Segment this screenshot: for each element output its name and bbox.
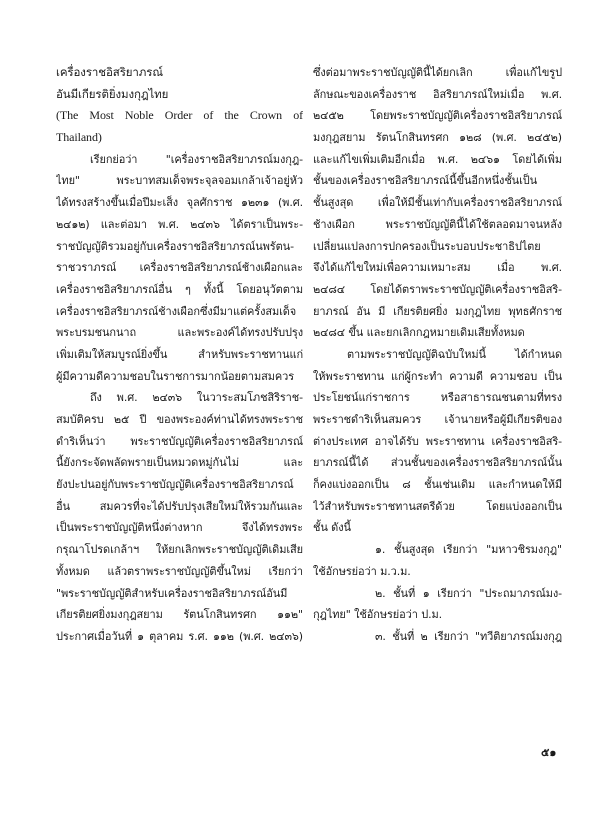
document-page: เครื่องราชอิสริยาภรณ์ อันมีเกียรติยิ่งมง…: [0, 0, 600, 832]
english-title-line-1: (The Most Noble Order of the Crown of: [56, 105, 303, 127]
right-column: ซึ่งต่อมาพระราชบัญญัตินี้ได้ยกเลิก เพื่อ…: [313, 62, 562, 648]
paragraph-line: ช้างเผือก พระราชบัญญัตินี้ได้ใช้ตลอดมาจน…: [313, 214, 562, 236]
paragraph-line: พระบรมชนกนาถ และพระองค์ได้ทรงปรับปรุง: [56, 322, 303, 344]
paragraph-line: ไว้สำหรับพระราชทานสตรีด้วย โดยแบ่งออกเป็…: [313, 496, 562, 518]
list-item-2-line-1: ๒. ชั้นที่ ๑ เรียกว่า "ประถมาภรณ์มง-: [313, 583, 562, 605]
paragraph-line: ยังปะปนอยู่กับพระราชบัญญัติเครื่องราชอิส…: [56, 474, 303, 496]
paragraph-line: ก็คงแบ่งออกเป็น ๘ ชั้นเช่นเดิม และกำหนดใ…: [313, 474, 562, 496]
paragraph-line: ผู้มีความดีความชอบในราชการมากน้อยตามสมคว…: [56, 366, 303, 388]
left-column: เครื่องราชอิสริยาภรณ์ อันมีเกียรติยิ่งมง…: [56, 62, 303, 648]
paragraph-line: ไทย" พระบาทสมเด็จพระจุลจอมเกล้าเจ้าอยู่ห…: [56, 170, 303, 192]
page-number: ๕๑: [541, 743, 556, 761]
paragraph-line: มงกุฎสยาม รัตนโกสินทรศก ๑๒๘ (พ.ศ. ๒๔๕๒): [313, 127, 562, 149]
paragraph-line: ๒๔๑๒) และต่อมา พ.ศ. ๒๔๓๖ ได้ตราเป็นพระ-: [56, 214, 303, 236]
english-title-line-2: Thailand): [56, 127, 303, 149]
paragraph-line: ต่างประเทศ อาจได้รับ พระราชทาน เครื่องรา…: [313, 431, 562, 453]
paragraph-line: ให้พระราชทาน แก่ผู้กระทำ ความดี ความชอบ …: [313, 366, 562, 388]
paragraph-line: ราชบัญญัติรวมอยู่กับเครื่องราชอิสริยาภรณ…: [56, 236, 303, 258]
paragraph-line: อื่น สมควรที่จะได้ปรับปรุงเสียใหม่ให้รวม…: [56, 496, 303, 518]
paragraph-line: เครื่องราชอิสริยาภรณ์อื่น ๆ ทั้งนี้ โดยอ…: [56, 279, 303, 301]
paragraph-line: จึงได้แก้ไขใหม่เพื่อความเหมาะสม เมื่อ พ.…: [313, 257, 562, 279]
paragraph-line: ดำริเห็นว่า พระราชบัญญัติเครื่องราชอิสริ…: [56, 431, 303, 453]
paragraph-line: เกียรติยศยิ่งมงกุฎสยาม รัตนโกสินทรศก ๑๑๒…: [56, 604, 303, 626]
paragraph-line: เป็นพระราชบัญญัติหนึ่งต่างหาก จึงได้ทรงพ…: [56, 517, 303, 539]
paragraph-line: นี้ยังกระจัดพลัดพรายเป็นหมวดหมู่กันไม่ แ…: [56, 452, 303, 474]
paragraph-line: ชั้นสูงสุด เพื่อให้มีชั้นเท่ากับเครื่องร…: [313, 192, 562, 214]
paragraph-line: กรุณาโปรดเกล้าฯ ให้ยกเลิกพระราชบัญญัติเด…: [56, 539, 303, 561]
heading-line-1: เครื่องราชอิสริยาภรณ์: [56, 62, 303, 84]
paragraph-line: ตามพระราชบัญญัติฉบับใหม่นี้ ได้กำหนด: [313, 344, 562, 366]
paragraph-line: ชั้น ดังนี้: [313, 517, 562, 539]
paragraph-line: ลักษณะของเครื่องราช อิสริยาภรณ์ใหม่เมื่อ…: [313, 84, 562, 106]
paragraph-line: ประกาศเมื่อวันที่ ๑ ตุลาคม ร.ศ. ๑๑๒ (พ.ศ…: [56, 626, 303, 648]
paragraph-line: ได้ทรงสร้างขึ้นเมื่อปีมะเส็ง จุลศักราช ๑…: [56, 192, 303, 214]
heading-line-2: อันมีเกียรติยิ่งมงกุฎไทย: [56, 84, 303, 106]
paragraph-line: ประโยชน์แก่ราชการ หรือสาธารณชนตามที่ทรง: [313, 387, 562, 409]
paragraph-line: ๒๔๘๔ ขึ้น และยกเลิกกฎหมายเดิมเสียทั้งหมด: [313, 322, 562, 344]
paragraph-line: เครื่องราชอิสริยาภรณ์ช้างเผือกซึ่งมีมาแต…: [56, 301, 303, 323]
paragraph-line: เปลี่ยนแปลงการปกครองเป็นระบอบประชาธิปไตย: [313, 236, 562, 258]
paragraph-line: ทั้งหมด แล้วตราพระราชบัญญัติขึ้นใหม่ เรี…: [56, 561, 303, 583]
list-item-3-line-1: ๓. ชั้นที่ ๒ เรียกว่า "ทวีติยาภรณ์มงกุฎ: [313, 626, 562, 648]
paragraph-line: ซึ่งต่อมาพระราชบัญญัตินี้ได้ยกเลิก เพื่อ…: [313, 62, 562, 84]
paragraph-line: ราชวราภรณ์ เครื่องราชอิสริยาภรณ์ช้างเผือ…: [56, 257, 303, 279]
paragraph-line: "พระราชบัญญัติสำหรับเครื่องราชอิสริยาภรณ…: [56, 583, 303, 605]
paragraph-line: และแก้ไขเพิ่มเติมอีกเมื่อ พ.ศ. ๒๔๖๑ โดยไ…: [313, 149, 562, 171]
paragraph-line: พระราชดำริเห็นสมควร เจ้านายหรือผู้มีเกีย…: [313, 409, 562, 431]
list-item-1-line-1: ๑. ชั้นสูงสุด เรียกว่า "มหาวชิรมงกุฎ": [313, 539, 562, 561]
paragraph-line: ยาภรณ์ อัน มี เกียรติยศยิ่ง มงกุฎไทย พุท…: [313, 301, 562, 323]
paragraph-line: ถึง พ.ศ. ๒๔๓๖ ในวาระสมโภชสิริราช-: [56, 387, 303, 409]
paragraph-line: เพิ่มเติมให้สมบูรณ์ยิ่งขึ้น สำหรับพระราช…: [56, 344, 303, 366]
paragraph-line: เรียกย่อว่า "เครื่องราชอิสริยาภรณ์มงกุฎ-: [56, 149, 303, 171]
paragraph-line: สมบัติครบ ๒๕ ปี ของพระองค์ท่านได้ทรงพระร…: [56, 409, 303, 431]
paragraph-line: ๒๔๘๔ โดยได้ตราพระราชบัญญัติเครื่องราชอิส…: [313, 279, 562, 301]
paragraph-line: ยาภรณ์นี้ได้ ส่วนชั้นของเครื่องราชอิสริย…: [313, 452, 562, 474]
paragraph-line: ชั้นของเครื่องราชอิสริยาภรณ์นี้ขึ้นอีกหน…: [313, 170, 562, 192]
list-item-1-line-2: ใช้อักษรย่อว่า ม.ว.ม.: [313, 561, 562, 583]
list-item-2-line-2: กุฎไทย" ใช้อักษรย่อว่า ป.ม.: [313, 604, 562, 626]
paragraph-line: ๒๔๕๒ โดยพระราชบัญญัติเครื่องราชอิสริยาภร…: [313, 105, 562, 127]
